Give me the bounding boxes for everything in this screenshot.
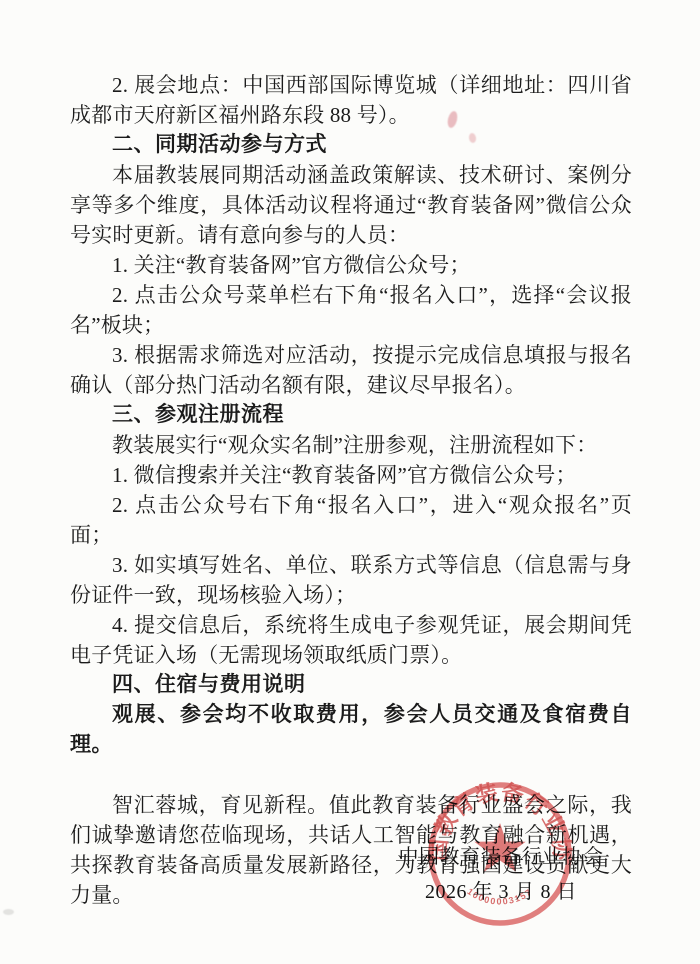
fee-statement: 观展、参会均不收取费用，参会人员交通及食宿费自理。 — [70, 700, 632, 760]
section-heading-2: 二、同期活动参与方式 — [70, 130, 632, 160]
registration-step-1: 1. 微信搜索并关注“教育装备网”官方微信公众号； — [70, 460, 632, 490]
registration-step-3: 3. 如实填写姓名、单位、联系方式等信息（信息需与身份证件一致，现场核验入场）； — [70, 550, 632, 610]
official-seal: 中国教育装备行业协会 1100000031573 — [398, 752, 602, 956]
section-heading-3: 三、参观注册流程 — [70, 400, 632, 430]
paragraph-registration-intro: 教装展实行“观众实名制”注册参观，注册流程如下： — [70, 430, 632, 460]
svg-text:1100000031573: 1100000031573 — [398, 752, 534, 907]
registration-step-2: 2. 点击公众号右下角“报名入口”，进入“观众报名”页面； — [70, 490, 632, 550]
star-icon — [474, 823, 525, 872]
paragraph-activities-intro: 本届教装展同期活动涵盖政策解读、技术研讨、案例分享等多个维度，具体活动议程将通过… — [70, 160, 632, 250]
activity-step-1: 1. 关注“教育装备网”官方微信公众号； — [70, 250, 632, 280]
section-heading-4: 四、住宿与费用说明 — [70, 670, 632, 700]
scan-artifact — [3, 909, 14, 915]
scanned-document-page: 2. 展会地点：中国西部国际博览城（详细地址：四川省成都市天府新区福州路东段 8… — [0, 0, 700, 964]
activity-step-3: 3. 根据需求筛选对应活动，按提示完成信息填报与报名确认（部分热门活动名额有限，… — [70, 340, 632, 400]
seal-serial-number: 1100000031573 — [398, 752, 534, 907]
paragraph-venue: 2. 展会地点：中国西部国际博览城（详细地址：四川省成都市天府新区福州路东段 8… — [70, 70, 632, 130]
activity-step-2: 2. 点击公众号菜单栏右下角“报名入口”，选择“会议报名”板块； — [70, 280, 632, 340]
registration-step-4: 4. 提交信息后，系统将生成电子参观凭证，展会期间凭电子凭证入场（无需现场领取纸… — [70, 610, 632, 670]
